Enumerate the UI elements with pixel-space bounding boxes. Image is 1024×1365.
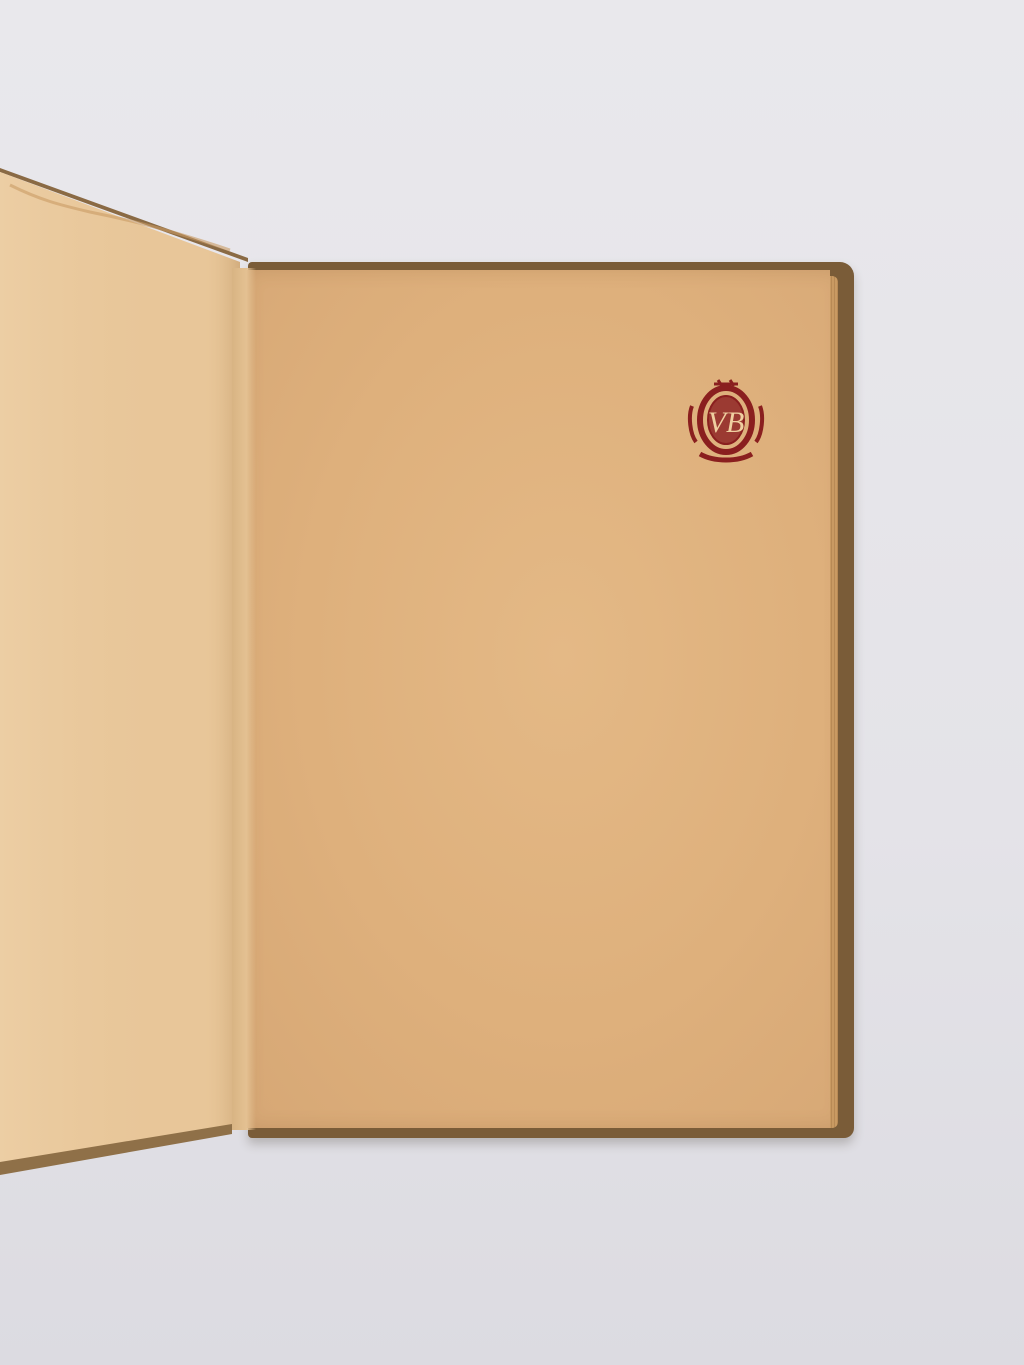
- left-endpaper: [0, 0, 260, 1180]
- vb-monogram-stamp: VB: [686, 376, 766, 464]
- book-gutter: [232, 268, 256, 1130]
- photo-scene: VB: [0, 0, 1024, 1365]
- stamp-monogram-text: VB: [708, 406, 745, 439]
